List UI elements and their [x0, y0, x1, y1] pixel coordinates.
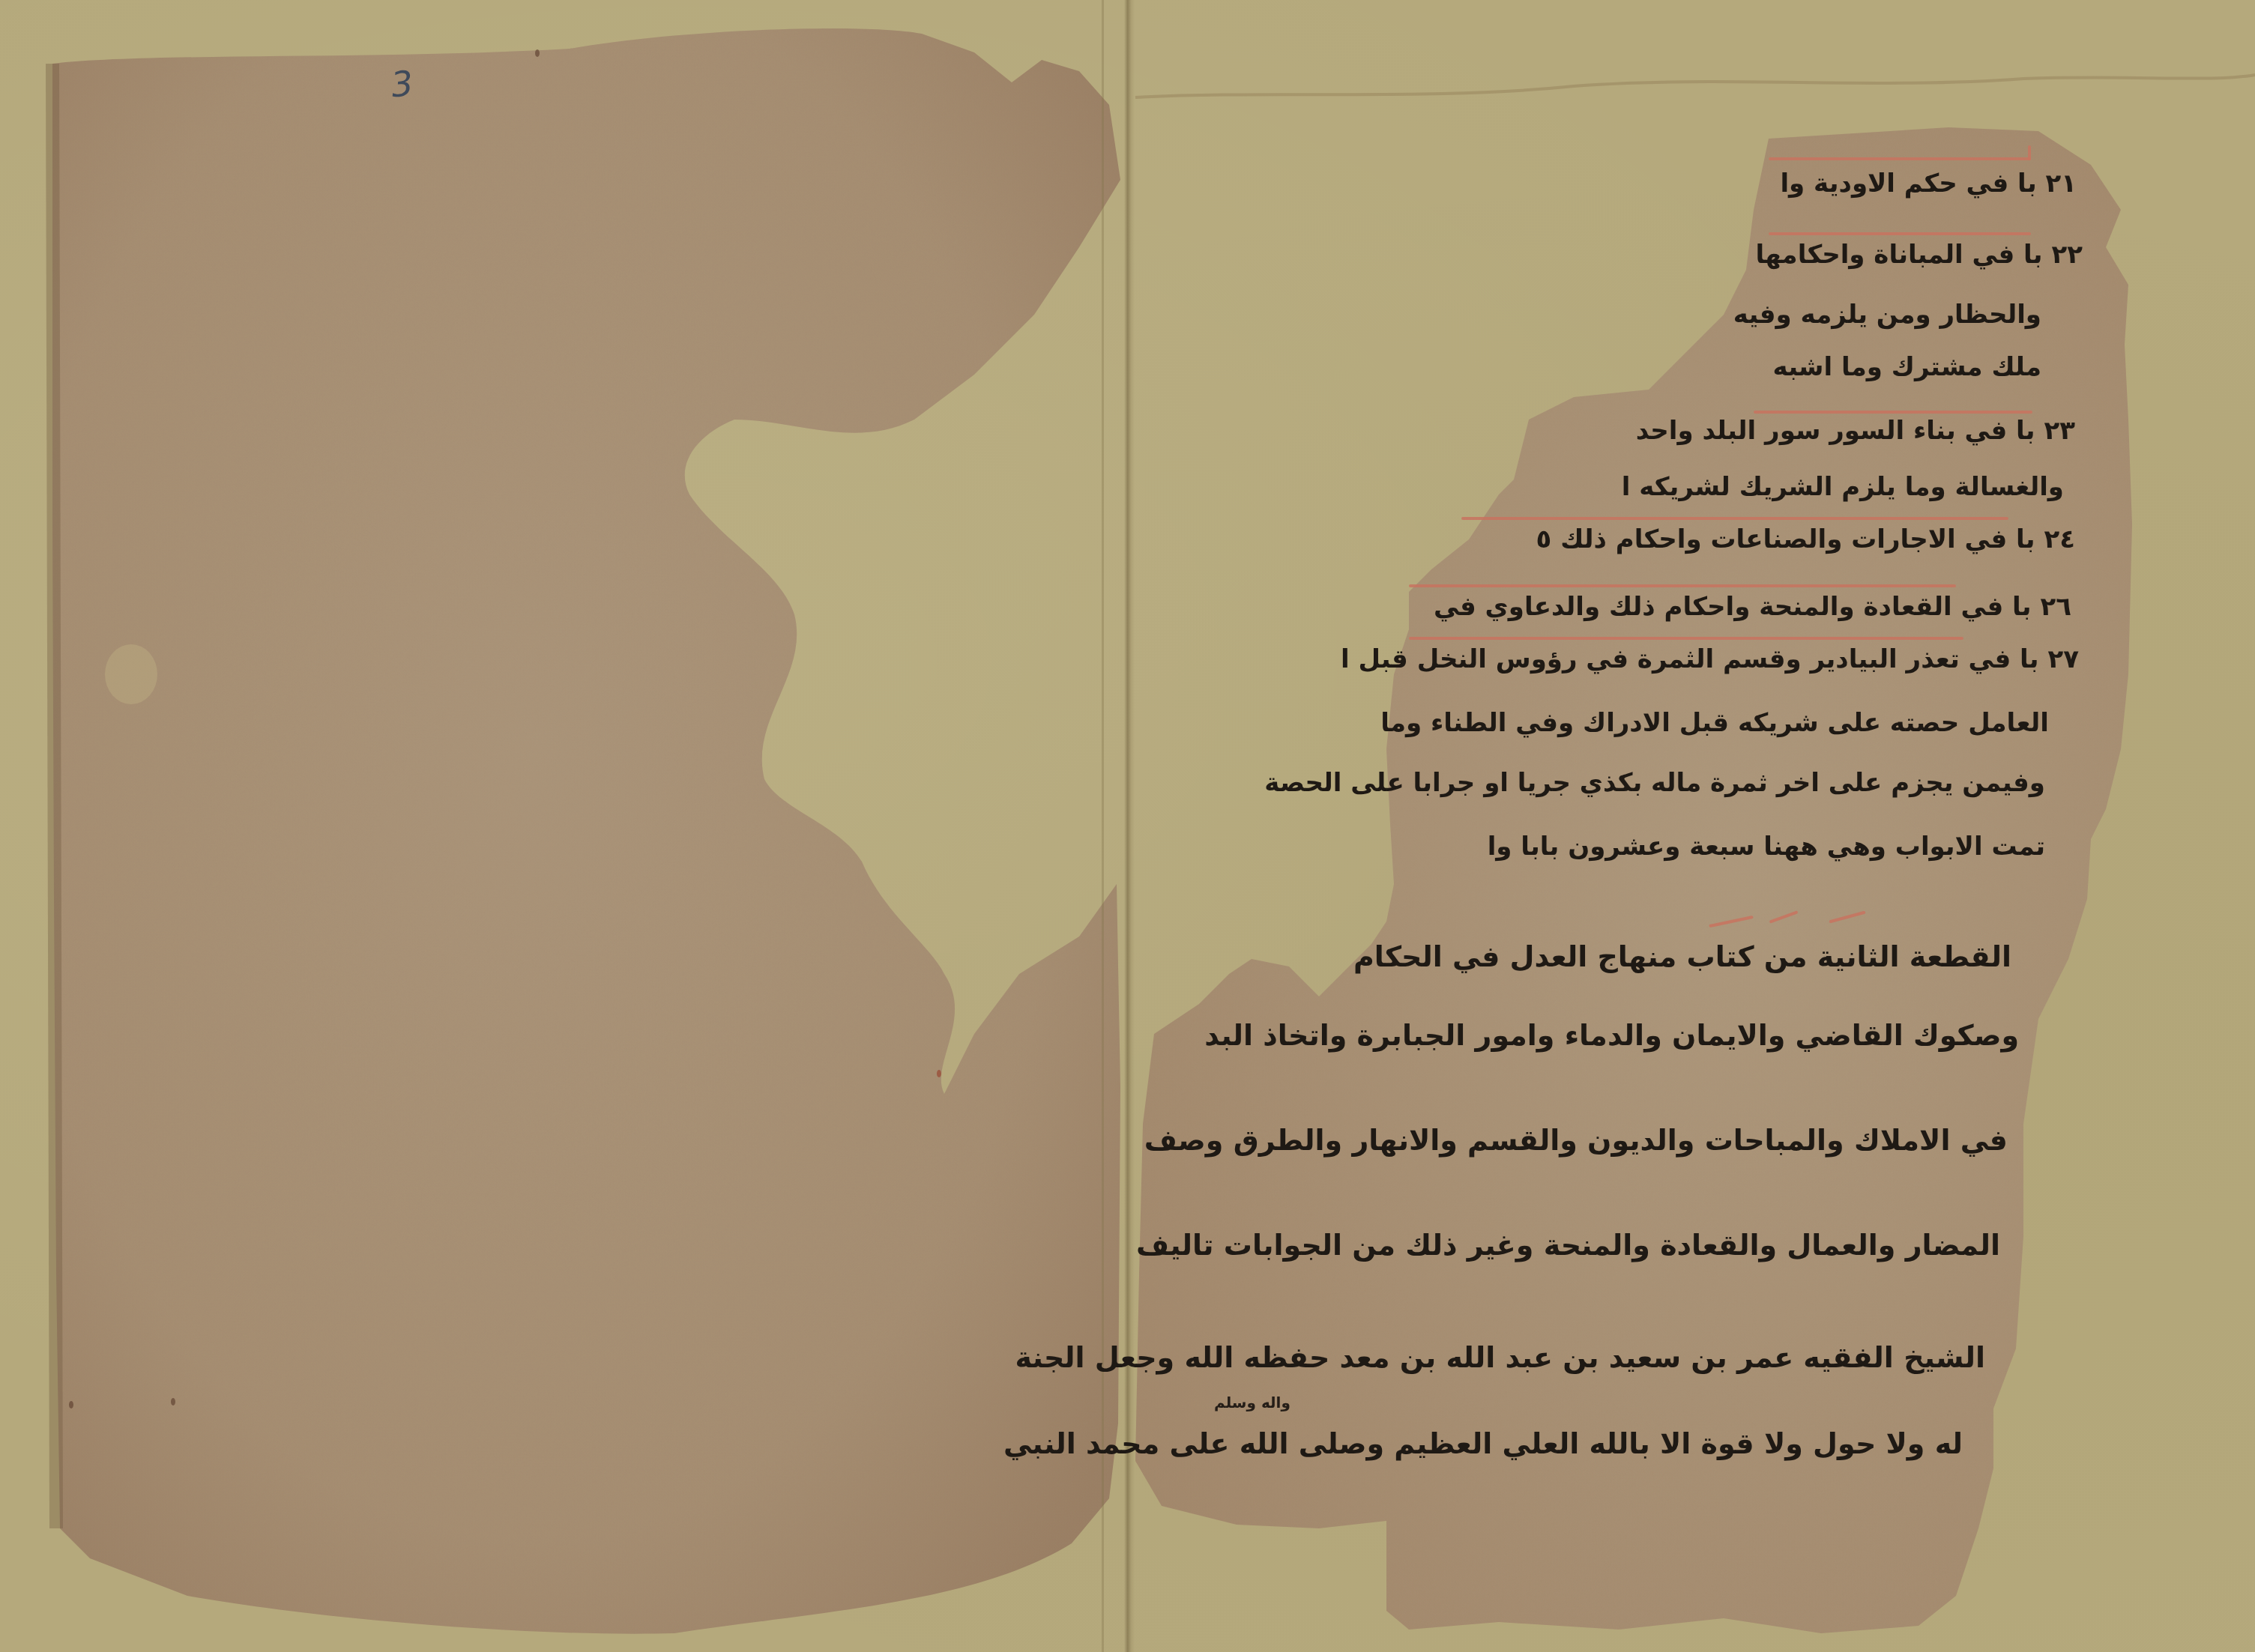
toc-line: ٢٦ با في القعادة والمنحة واحكام ذلك والد…	[1434, 592, 2071, 622]
toc-line: والحظار ومن يلزمه وفيه	[1733, 300, 2041, 330]
ink-speck	[937, 1070, 941, 1077]
colophon-line: المضار والعمال والقعادة والمنحة وغير ذلك…	[1136, 1229, 2000, 1262]
water-stain	[105, 644, 157, 704]
ink-speck	[535, 49, 540, 57]
rubric-line	[1461, 517, 2008, 520]
ink-speck	[69, 1401, 73, 1409]
colophon-line: له ولا حول ولا قوة الا بالله العلي العظي…	[1003, 1427, 1963, 1460]
rubric-line	[1409, 637, 1963, 640]
toc-line: والغسالة وما يلزم الشريك لشريكه ا	[1622, 472, 2064, 502]
toc-line: ٢٢ با في المباناة واحكامها	[1755, 240, 2083, 270]
ink-speck	[171, 1398, 175, 1406]
page-number: 3	[389, 63, 415, 106]
colophon-line: الشيخ الفقيه عمر بن سعيد بن عبد الله بن …	[1015, 1341, 1985, 1374]
toc-line: ٢١ با في حكم الاودية وا	[1780, 169, 2077, 199]
rubric-line	[2028, 145, 2031, 160]
rubric-line	[1754, 411, 2032, 414]
colophon-line: في الاملاك والمباحات والديون والقسم والا…	[1144, 1124, 2008, 1157]
toc-line: وفيمن يجزم على اخر ثمرة ماله بكذي جريا ا…	[1264, 768, 2045, 798]
marginal-note: واله وسلم	[1214, 1394, 1290, 1412]
colophon-line: وصكوك القاضي والايمان والدماء وامور الجب…	[1204, 1019, 2019, 1052]
rubric-line	[1769, 157, 2031, 160]
toc-line: ملك مشترك وما اشبه	[1773, 352, 2041, 382]
toc-line: ٢٤ با في الاجارات والصناعات واحكام ذلك ٥	[1536, 524, 2075, 554]
rubric-line	[1409, 584, 1956, 587]
toc-line: ٢٧ با في تعذر البيادير وقسم الثمرة في رؤ…	[1341, 644, 2079, 674]
book-spine	[1124, 0, 1135, 1652]
toc-line: تمت الابواب وهي ههنا سبعة وعشرون بابا وا	[1488, 832, 2045, 862]
colophon-line: القطعة الثانية من كتاب منهاج العدل في ال…	[1353, 940, 2011, 973]
toc-line: ٢٣ با في بناء السور سور البلد واحد	[1636, 416, 2075, 446]
toc-line: العامل حصته على شريكه قبل الادراك وفي ال…	[1380, 708, 2049, 738]
left-page-gutter-edge	[1102, 0, 1104, 1652]
manuscript-spread: 3 ٢١ با في حكم الاودية وا ٢٢ با في المبا…	[0, 0, 2255, 1652]
rubric-line	[1769, 232, 2031, 235]
